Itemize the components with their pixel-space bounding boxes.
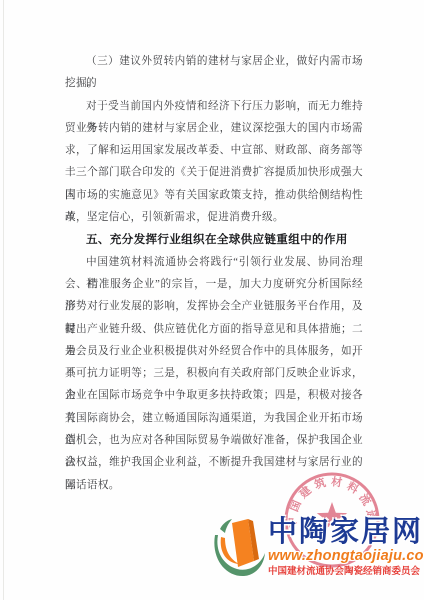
green-tip-shape <box>220 519 232 533</box>
text-line: 求，了解和运用国家发展改革委、中宣部、财政部、商务部等二 <box>65 140 363 162</box>
text-line: 贸业务转内销的建材与家居企业，建议深挖强大的国内市场需 <box>65 118 363 140</box>
text-line: 会、精准服务企业”的宗旨，一是，加大力度研究分析国际经济 <box>65 274 363 296</box>
text-line: 对于受当前国内外疫情和经济下行压力影响，而无力维持外 <box>65 96 363 118</box>
text-line: 挖掘。 <box>65 73 363 95</box>
section-heading: 五、充分发挥行业组织在全球供应链重组中的作用 <box>65 229 363 251</box>
site-name: 中陶家居网 <box>268 515 424 549</box>
scan-edge-artifact <box>3 0 4 600</box>
logo-swoosh-icon <box>210 511 266 579</box>
text-line: 为会员及行业企业积极提供对外经贸合作中的具体服务，如开具 <box>65 341 363 363</box>
text-line: 关国际商协会，建立畅通国际沟通渠道，为我国企业开拓市场创 <box>65 408 363 430</box>
site-url: www.zhongtaojiaju.com <box>268 549 424 564</box>
committee-name: 中国建材流通协会陶瓷经销商委员会 <box>268 566 424 577</box>
logo-text-block: 中陶家居网 www.zhongtaojiaju.com 中国建材流通协会陶瓷经销… <box>268 505 424 577</box>
text-line: 内市场的实施意见》等有关国家政策支持，推动供给侧结构性改 <box>65 185 363 207</box>
watermark-logo: 中陶家居网 www.zhongtaojiaju.com 中国建材流通协会陶瓷经销… <box>210 505 424 595</box>
text-line: 造机会，也为应对各种国际贸易争端做好准备，保护我国企业合 <box>65 430 363 452</box>
text-line: 不可抗力证明等；三是，积极向有关政府部门反映企业诉求，为 <box>65 363 363 385</box>
document-body: （三）建议外贸转内销的建材与家居企业，做好内需市场的 挖掘。 对于受当前国内外疫… <box>65 51 363 497</box>
text-line: 革，坚定信心，引领新需求，促进消费升级。 <box>65 207 363 229</box>
text-line: 中国建筑材料流通协会将践行“引领行业发展、协同治理社 <box>65 252 363 274</box>
text-line: 形势对行业发展的影响，发挥协会全产业链服务平台作用，及时 <box>65 296 363 318</box>
text-line: 提出产业链升级、供应链优化方面的指导意见和具体措施；二是， <box>65 319 363 341</box>
text-line: 企业在国际市场竞争中争取更多扶持政策；四是，积极对接各有 <box>65 385 363 407</box>
text-line: （三）建议外贸转内销的建材与家居企业，做好内需市场的 <box>65 51 363 73</box>
text-line: 十三个部门联合印发的《关于促进消费扩容提质加快形成强大国 <box>65 162 363 184</box>
scanned-document-page: （三）建议外贸转内销的建材与家居企业，做好内需市场的 挖掘。 对于受当前国内外疫… <box>0 0 424 600</box>
